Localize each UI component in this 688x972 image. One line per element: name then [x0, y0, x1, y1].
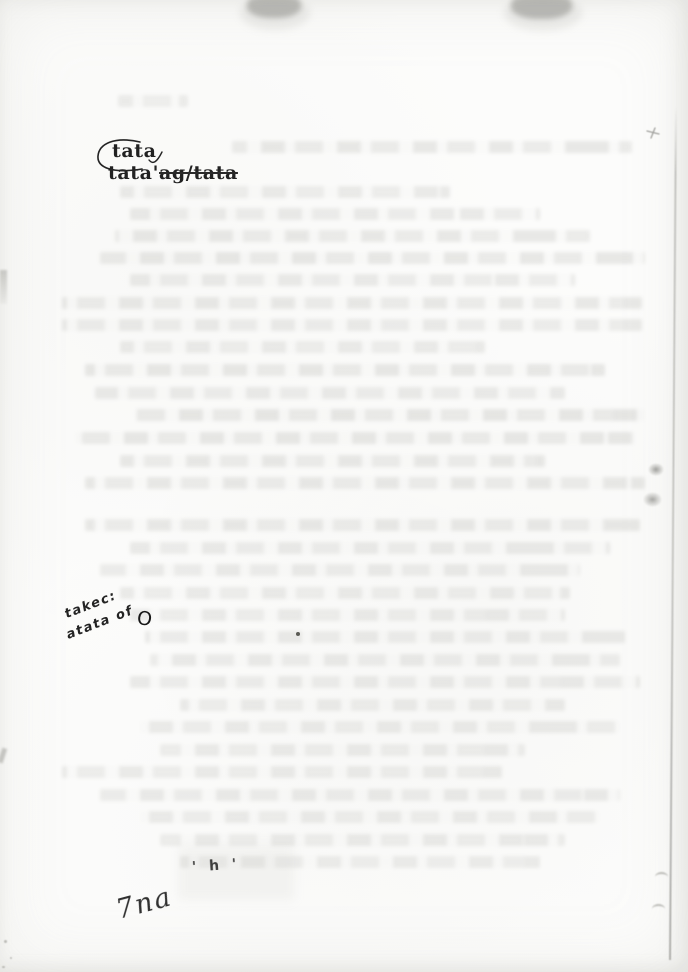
faint-text-line: [130, 208, 540, 220]
faint-text-line: [130, 609, 565, 621]
dust-speck: [10, 957, 12, 959]
faint-text-line: [115, 230, 590, 242]
ink-spot: [643, 492, 662, 507]
handwritten-small-mark: ' h ': [192, 856, 241, 875]
faint-text-line: [145, 631, 625, 643]
edge-arc-mark: [652, 904, 665, 914]
faint-text-line: [85, 477, 645, 489]
faint-text-line: [140, 721, 620, 733]
faint-text-line: [130, 542, 610, 554]
scanned-page: tata tata'ag/tata takec: atata of O ' h …: [0, 0, 688, 972]
faint-text-line: [85, 519, 640, 531]
faint-text-line: [118, 95, 188, 107]
dust-speck: [4, 940, 7, 943]
faint-text-line: [95, 387, 565, 399]
faint-text-line: [62, 297, 642, 309]
faint-text-line: [62, 766, 502, 778]
faint-text-line: [150, 654, 620, 666]
faint-text-line: [232, 141, 632, 153]
dust-speck: [2, 966, 5, 968]
edge-arc-mark: [655, 872, 668, 882]
faint-text-line: [75, 432, 635, 444]
faint-text-line: [160, 744, 525, 756]
faint-text-line: [100, 564, 580, 576]
faint-text-line: [140, 811, 600, 823]
handwritten-circle-mark: O: [136, 607, 154, 631]
faint-text-line: [180, 699, 565, 711]
faint-text-line: [130, 676, 640, 688]
faint-text-line: [100, 252, 645, 264]
left-edge-tick: [0, 270, 7, 304]
faint-text-line: [120, 455, 545, 467]
faint-text-line: [135, 409, 645, 421]
caret-squiggle-icon: [147, 150, 165, 165]
ink-dot: [296, 632, 300, 636]
faint-text-line: [62, 319, 642, 331]
printed-struck-text: ag/tata: [159, 162, 238, 184]
faint-text-line: [120, 341, 485, 353]
ink-spot: [648, 463, 664, 476]
faint-text-line: [120, 587, 570, 599]
faint-text-line: [160, 834, 565, 846]
faint-text-line: [130, 274, 575, 286]
faint-text-line: [100, 789, 620, 801]
stray-x-mark: [646, 127, 660, 139]
faint-text-line: [85, 364, 605, 376]
faint-text-line: [120, 186, 450, 198]
